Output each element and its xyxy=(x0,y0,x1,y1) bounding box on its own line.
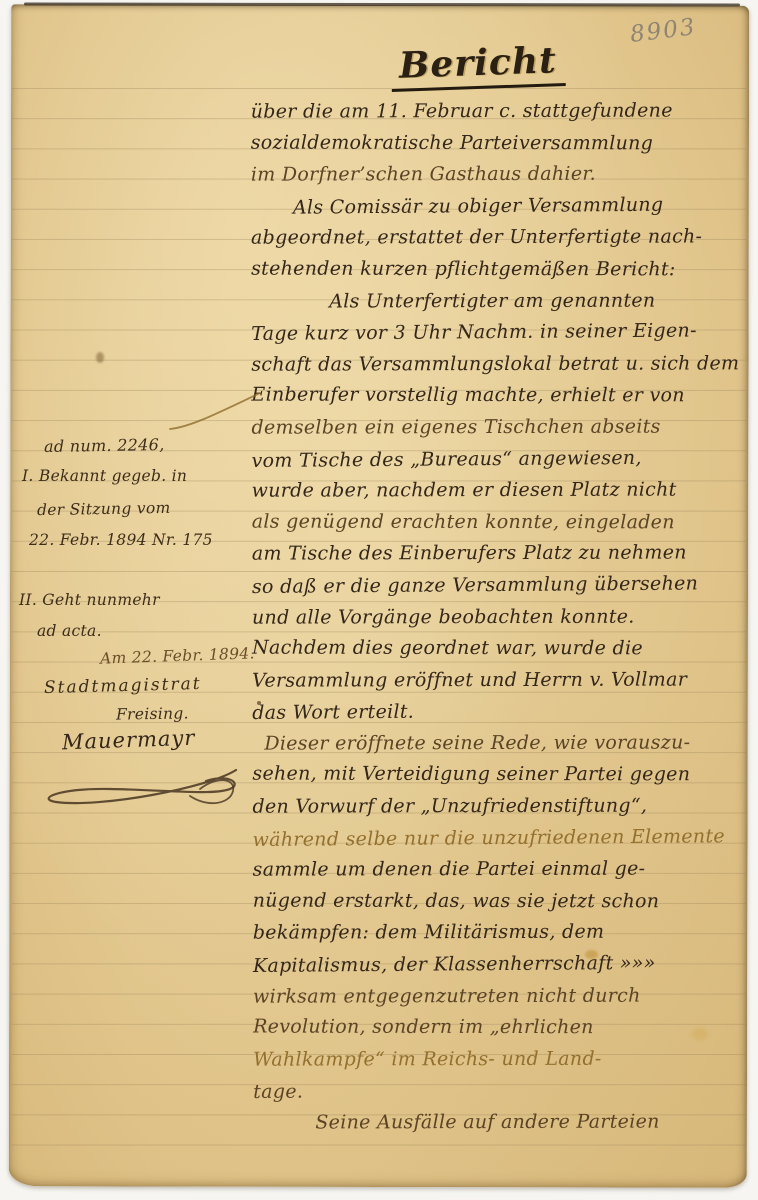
handwritten-line: und alle Vorgänge beobachten konnte. xyxy=(252,601,752,634)
handwritten-line: Einberufer vorstellig machte, erhielt er… xyxy=(251,380,751,412)
handwritten-line: am Tische des Einberufers Platz zu nehme… xyxy=(252,538,752,571)
handwritten-line: Versammlung eröffnet und Herrn v. Vollma… xyxy=(252,664,752,697)
margin-signature-name: Mauermayr xyxy=(62,726,196,755)
handwritten-line: vom Tische des „Bureaus“ angewiesen, xyxy=(251,442,751,478)
margin-note-line: 22. Febr. 1894 Nr. 175 xyxy=(29,531,213,549)
handwritten-line: tage. xyxy=(253,1073,753,1109)
handwritten-line: Seine Ausfälle auf andere Parteien xyxy=(253,1106,753,1139)
handwritten-line: Als Unterfertigter am genannten xyxy=(251,285,751,318)
handwritten-line: wurde aber, nachdem er diesen Platz nich… xyxy=(252,474,752,507)
report-body: über die am 11. Februar c. stattgefunden… xyxy=(251,95,754,1139)
margin-note-line: ad acta. xyxy=(37,622,102,640)
handwritten-line: Revolution, sondern im „ehrlichen xyxy=(253,1012,753,1044)
handwritten-line: bekämpfen: dem Militärismus, dem xyxy=(253,917,753,950)
handwritten-line: so daß er die ganze Versammlung übersehe… xyxy=(252,568,752,604)
handwritten-line: stehenden kurzen pflichtgemäßen Bericht: xyxy=(251,254,751,286)
margin-authority-line: Stadtmagistrat xyxy=(44,674,202,698)
margin-note-line: II. Geht nunmehr xyxy=(19,591,160,609)
handwritten-line: Dieser eröffnete seine Rede, wie vorausz… xyxy=(252,727,752,760)
handwritten-line: Wahlkampfe“ im Reichs- und Land- xyxy=(253,1043,753,1076)
margin-note-line: der Sitzung vom xyxy=(37,499,171,519)
handwritten-line: nügend erstarkt, das, was sie jetzt scho… xyxy=(253,885,753,917)
margin-note-reference: ad num. 2246, xyxy=(44,435,165,456)
handwritten-line: demselben ein eigenes Tischchen abseits xyxy=(251,411,751,444)
handwritten-line: während selbe nur die unzufriedenen Elem… xyxy=(252,821,752,857)
handwritten-line: Nachdem dies geordnet war, wurde die xyxy=(252,633,752,665)
scanned-document-page: 8903 Bericht über die am 11. Februar c. … xyxy=(0,0,758,1200)
handwritten-line: schaft das Versammlungslokal betrat u. s… xyxy=(251,348,751,381)
handwritten-line: sehen, mit Verteidigung seiner Partei ge… xyxy=(252,759,752,791)
handwritten-line: Tage kurz vor 3 Uhr Nachm. in seiner Eig… xyxy=(251,315,751,351)
margin-note-line: I. Bekannt gegeb. in xyxy=(22,467,187,485)
report-title: Bericht xyxy=(383,40,574,91)
handwritten-line: wirksam entgegenzutreten nicht durch xyxy=(253,980,753,1013)
handwritten-line: über die am 11. Februar c. stattgefunden… xyxy=(251,95,751,128)
handwritten-line: abgeordnet, erstattet der Unterfertigte … xyxy=(251,222,751,255)
handwritten-line: Als Comissär zu obiger Versammlung xyxy=(251,189,751,225)
margin-authority-line: Freising. xyxy=(116,704,189,723)
report-title-text: Bericht xyxy=(390,39,565,92)
handwritten-line: das Wort erteilt. xyxy=(252,694,752,730)
handwritten-line: Kapitalismus, der Klassenherrschaft »»» xyxy=(253,947,753,983)
handwritten-line: als genügend erachten konnte, eingeladen xyxy=(252,506,752,538)
handwritten-line: im Dorfner’schen Gasthaus dahier. xyxy=(251,159,751,192)
handwritten-line: sozialdemokratische Parteiversammlung xyxy=(251,127,751,159)
handwritten-line: den Vorwurf der „Unzufriedenstiftung“, xyxy=(252,790,752,823)
handwritten-line: sammle um denen die Partei einmal ge- xyxy=(253,854,753,887)
